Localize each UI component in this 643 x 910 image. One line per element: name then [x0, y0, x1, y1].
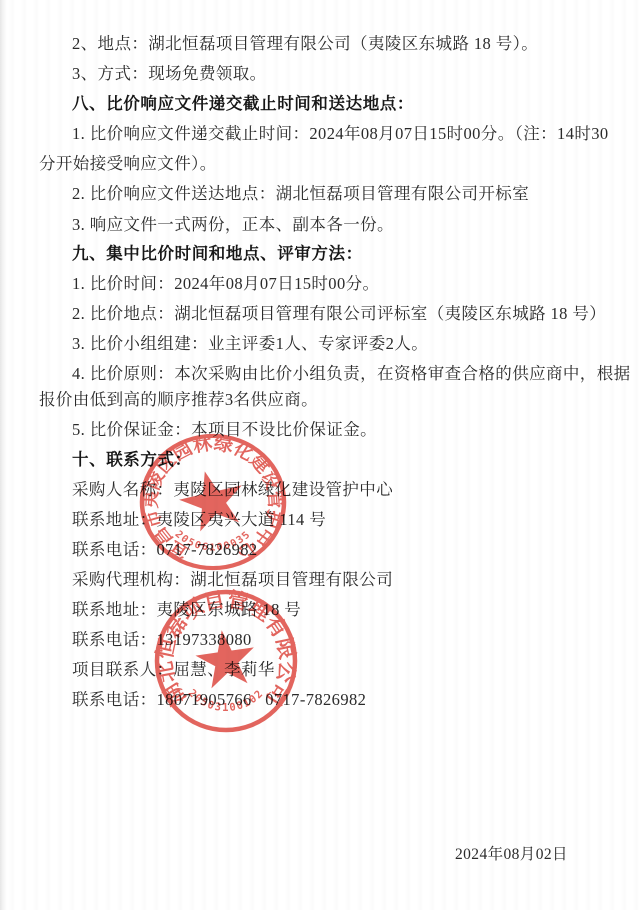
text-line: 3. 响应文件一式两份，正本、副本各一份。: [72, 215, 394, 235]
document-page: 2、地点：湖北恒磊项目管理有限公司（夷陵区东城路 18 号）。3、方式：现场免费…: [0, 0, 643, 910]
section-heading: 九、集中比价时间和地点、评审方法：: [72, 244, 363, 264]
text-line: 1. 比价响应文件递交截止时间：2024年08月07日15时00分。（注：14时…: [72, 124, 609, 144]
text-line: 2、地点：湖北恒磊项目管理有限公司（夷陵区东城路 18 号）。: [72, 34, 538, 54]
purchaser-seal: 宜昌市夷陵区园林绿化建设管护中心4205061000352: [130, 425, 296, 579]
text-line: 3、方式：现场免费领取。: [72, 64, 267, 84]
text-line: 2. 比价响应文件送达地点：湖北恒磊项目管理有限公司开标室: [72, 184, 529, 204]
left-edge-shadow: [0, 0, 7, 910]
agency-seal: 湖北恒磊项目管理有限公司4205031001027: [145, 580, 307, 742]
section-heading: 八、比价响应文件递交截止时间和送达地点：: [72, 94, 414, 114]
text-line: 4. 比价原则：本次采购由比价小组负责，在资格审查合格的供应商中，根据: [72, 364, 631, 384]
text-line: 1. 比价时间：2024年08月07日15时00分。: [72, 274, 379, 294]
text-line: 2. 比价地点：湖北恒磊项目管理有限公司评标室（夷陵区东城路 18 号）: [72, 304, 606, 324]
text-line: 3. 比价小组组建：业主评委1人、专家评委2人。: [72, 334, 428, 354]
text-line: 分开始接受响应文件）。: [39, 154, 217, 174]
seal-star-icon: [179, 471, 242, 531]
text-line: 报价由低到高的顺序推荐3名供应商。: [39, 390, 318, 410]
document-date: 2024年08月02日: [455, 842, 568, 864]
seal-star-icon: [195, 630, 253, 688]
